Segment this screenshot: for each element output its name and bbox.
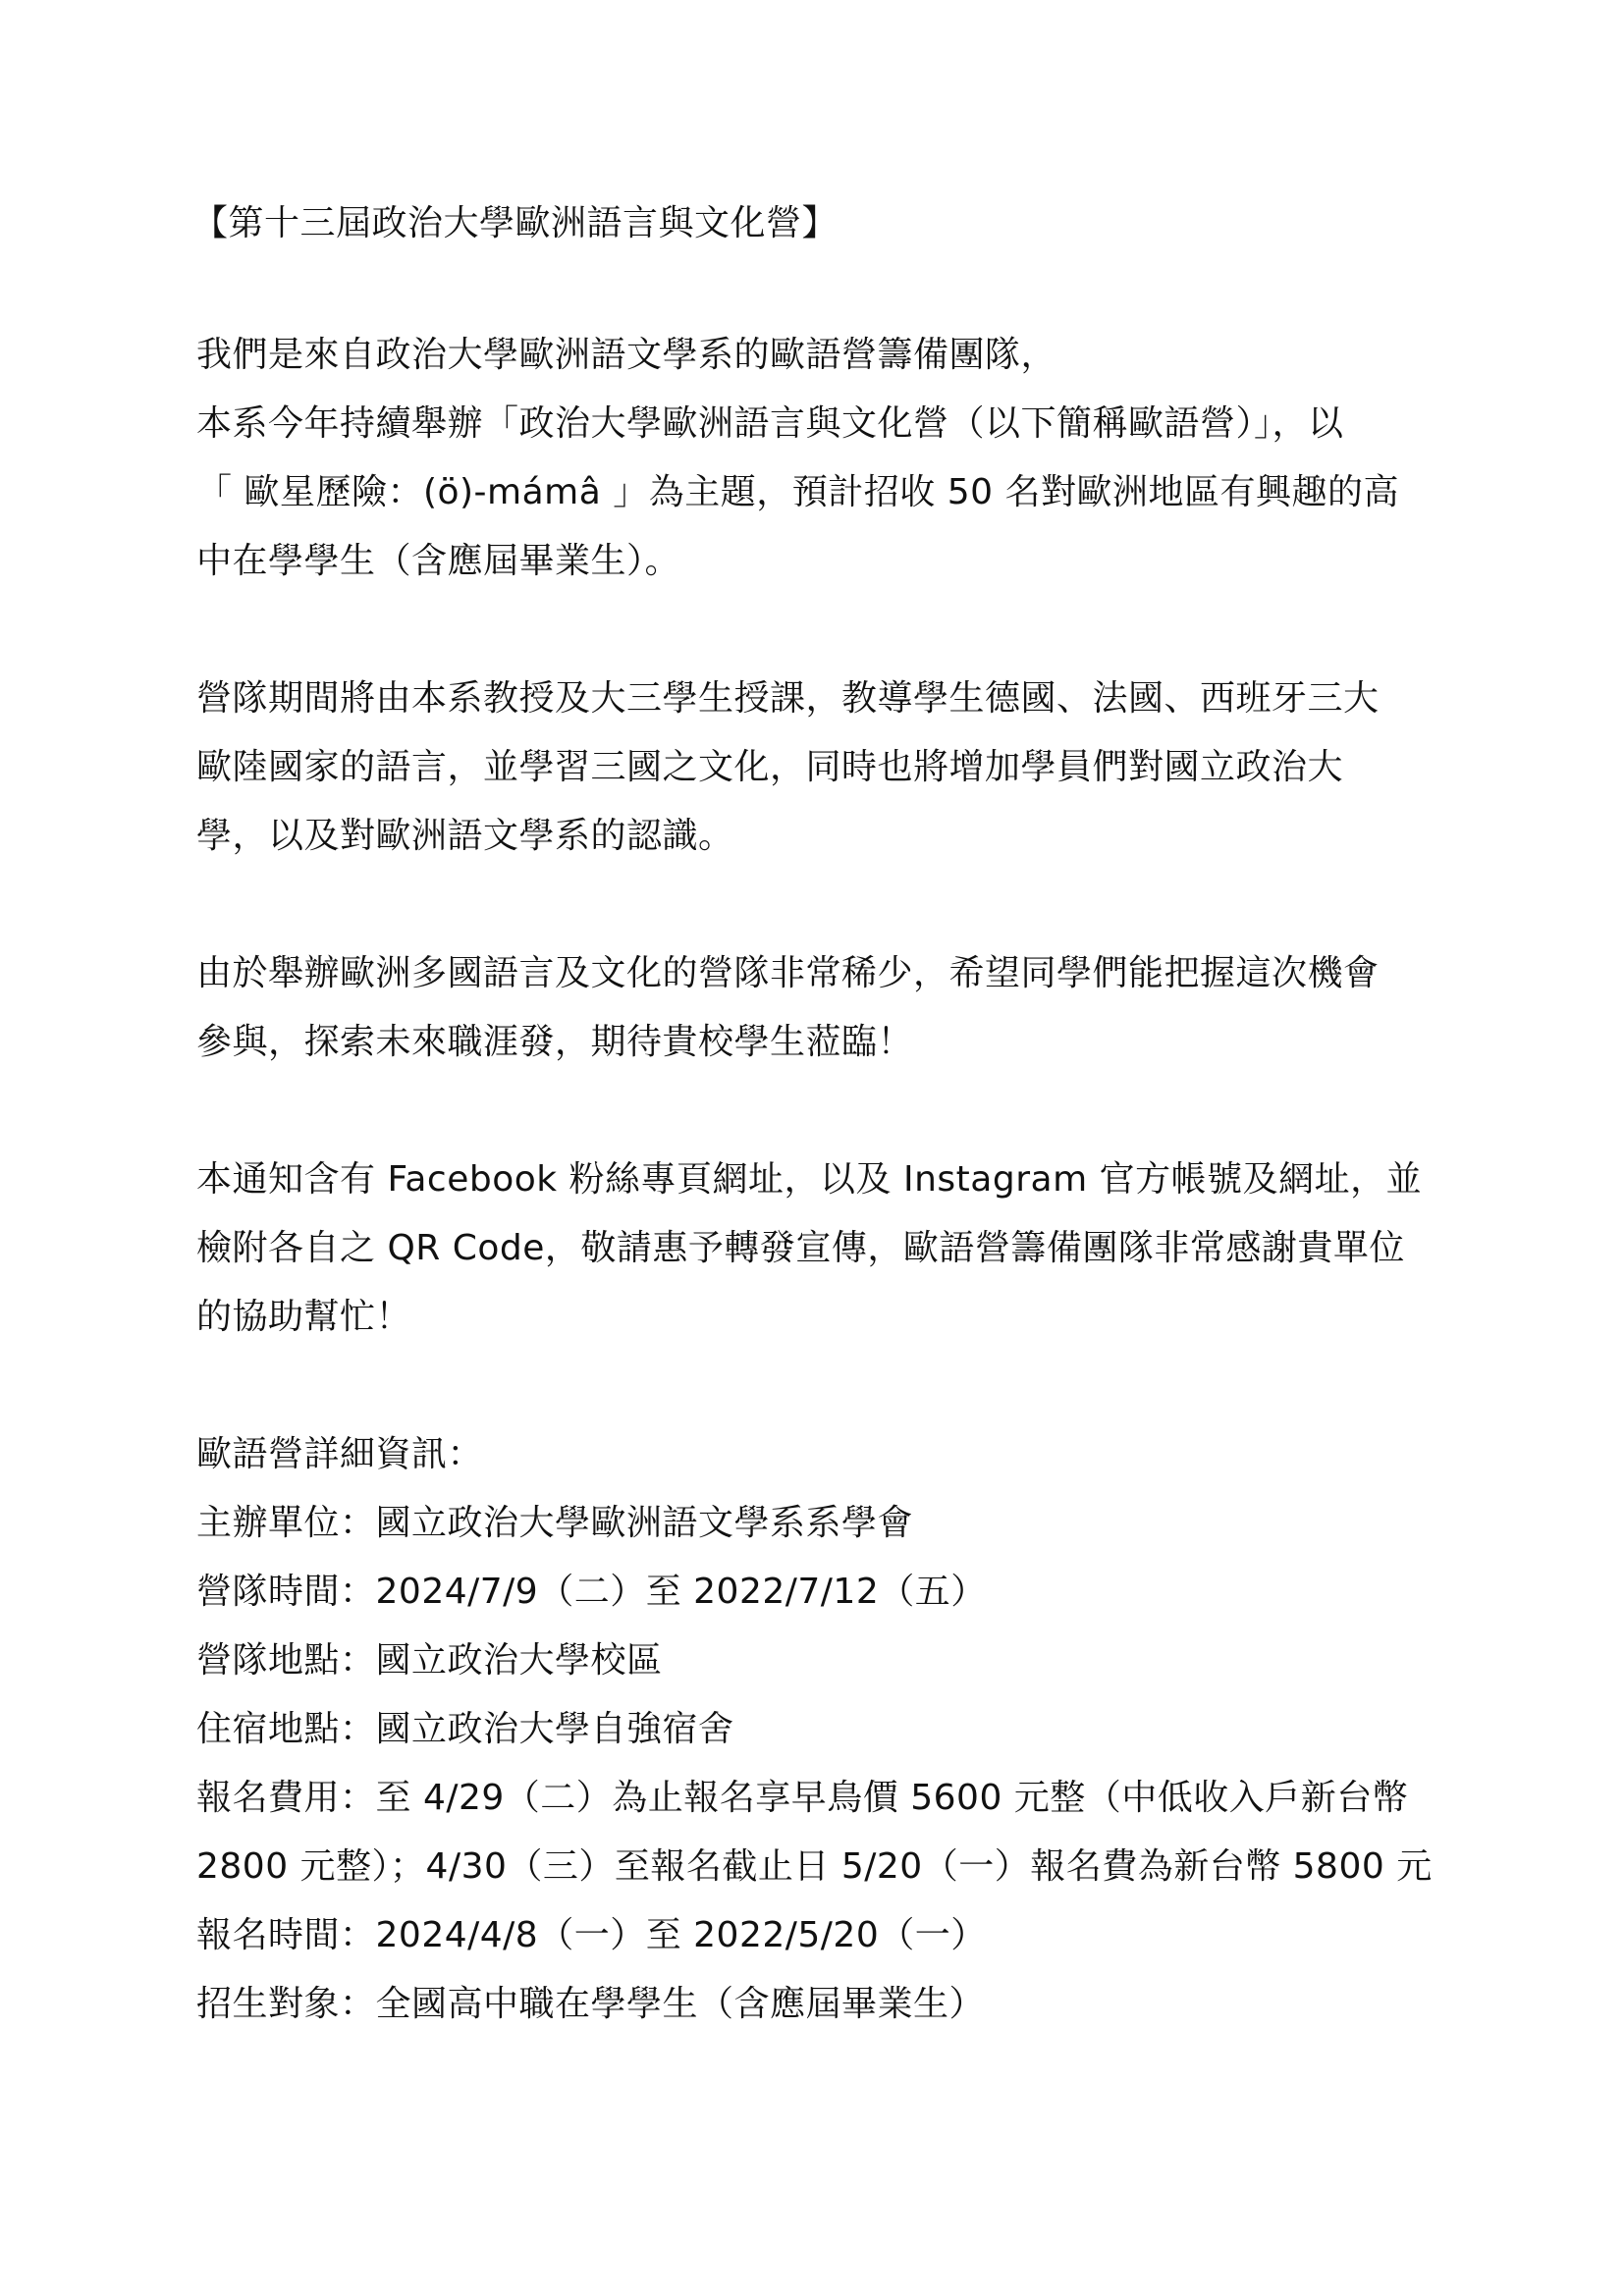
- paragraph-line: 本系今年持續舉辦「政治大學歐洲語言與文化營（以下簡稱歐語營）」，以: [196, 400, 1473, 448]
- detail-label: 招生對象：: [196, 1984, 376, 2024]
- detail-label: 營隊地點：: [196, 1640, 376, 1681]
- detail-accommodation: 住宿地點：國立政治大學自強宿舍: [196, 1706, 1473, 1753]
- detail-value: 國立政治大學自強宿舍: [376, 1709, 734, 1749]
- detail-value: 全國高中職在學學生（含應屆畢業生）: [376, 1984, 986, 2024]
- detail-organizer: 主辦單位：國立政治大學歐洲語文學系系學會: [196, 1500, 1473, 1547]
- paragraph-line: 歐陸國家的語言，並學習三國之文化，同時也將增加學員們對國立政治大: [196, 744, 1473, 791]
- detail-label: 主辦單位：: [196, 1503, 376, 1543]
- document-title: 【第十三屆政治大學歐洲語言與文化營】: [192, 200, 1469, 247]
- paragraph-line: 我們是來自政治大學歐洲語文學系的歐語營籌備團隊，: [196, 332, 1473, 379]
- detail-value: 2800 元整）；4/30（三）至報名截止日 5/20（一）報名費為新台幣 58…: [196, 1846, 1433, 1887]
- detail-camp-dates: 營隊時間：2024/7/9（二）至 2022/7/12（五）: [196, 1569, 1473, 1616]
- detail-value: 國立政治大學歐洲語文學系系學會: [376, 1503, 914, 1543]
- detail-label: 報名費用：: [196, 1778, 376, 1818]
- paragraph-line: 的協助幫忙！: [196, 1294, 1473, 1341]
- paragraph-line: 中在學學生（含應屆畢業生）。: [196, 538, 1473, 585]
- detail-label: 住宿地點：: [196, 1709, 376, 1749]
- detail-label: 營隊時間：: [196, 1572, 376, 1612]
- paragraph-line: 由於舉辦歐洲多國語言及文化的營隊非常稀少，希望同學們能把握這次機會: [196, 950, 1473, 997]
- paragraph-line: 「 歐星歷險：(ö)-mámâ 」為主題，預計招收 50 名對歐洲地區有興趣的高: [196, 469, 1473, 516]
- detail-target-audience: 招生對象：全國高中職在學學生（含應屆畢業生）: [196, 1981, 1473, 2028]
- detail-fee-continued: 2800 元整）；4/30（三）至報名截止日 5/20（一）報名費為新台幣 58…: [196, 1843, 1473, 1891]
- detail-value: 至 4/29（二）為止報名享早鳥價 5600 元整（中低收入戶新台幣: [376, 1778, 1409, 1818]
- detail-fee: 報名費用：至 4/29（二）為止報名享早鳥價 5600 元整（中低收入戶新台幣: [196, 1775, 1473, 1822]
- detail-registration-period: 報名時間：2024/4/8（一）至 2022/5/20（一）: [196, 1912, 1473, 1959]
- detail-label: 報名時間：: [196, 1915, 376, 1955]
- detail-value: 2024/7/9（二）至 2022/7/12（五）: [376, 1572, 987, 1612]
- detail-camp-location: 營隊地點：國立政治大學校區: [196, 1637, 1473, 1684]
- details-heading: 歐語營詳細資訊：: [196, 1431, 1473, 1478]
- paragraph-line: 學，以及對歐洲語文學系的認識。: [196, 813, 1473, 860]
- paragraph-line: 參與，探索未來職涯發，期待貴校學生蒞臨！: [196, 1019, 1473, 1066]
- paragraph-line: 營隊期間將由本系教授及大三學生授課，教導學生德國、法國、西班牙三大: [196, 675, 1473, 722]
- paragraph-line: 檢附各自之 QR Code，敬請惠予轉發宣傳，歐語營籌備團隊非常感謝貴單位: [196, 1225, 1473, 1272]
- detail-value: 國立政治大學校區: [376, 1640, 663, 1681]
- document-page: 【第十三屆政治大學歐洲語言與文化營】 我們是來自政治大學歐洲語文學系的歐語營籌備…: [0, 0, 1624, 2296]
- paragraph-line: 本通知含有 Facebook 粉絲專頁網址，以及 Instagram 官方帳號及…: [196, 1156, 1473, 1203]
- detail-value: 2024/4/8（一）至 2022/5/20（一）: [376, 1915, 987, 1955]
